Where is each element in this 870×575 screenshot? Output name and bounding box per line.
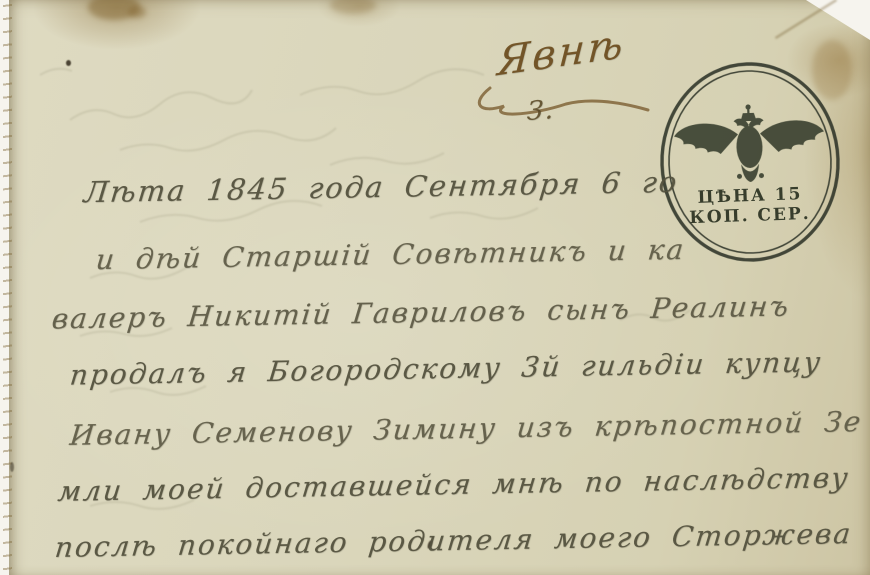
torn-left-edge [3,0,12,575]
ink-stain [128,6,146,18]
torn-corner-top-right [806,0,870,40]
edge-mark [10,462,14,472]
ink-speck [66,60,71,66]
header-numeral: З. [526,95,557,127]
imperial-eagle-icon [673,102,826,185]
scanned-document-page: { "header": { "flourish": "Явнѣ", "numer… [0,0,870,575]
